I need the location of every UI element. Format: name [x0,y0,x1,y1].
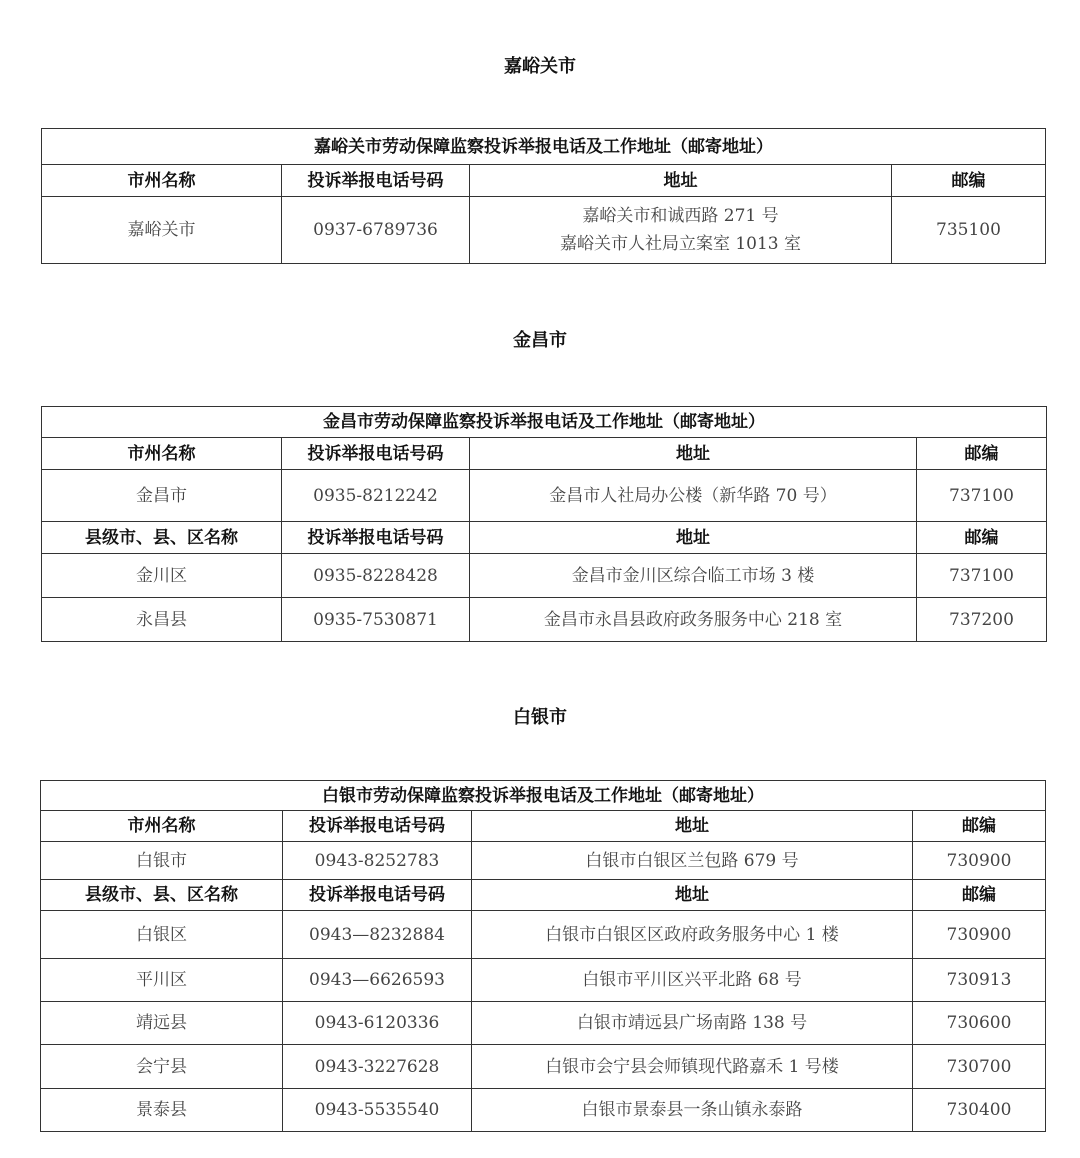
header-row: 市州名称 投诉举报电话号码 地址 邮编 [42,438,1047,470]
cell-postcode: 730400 [913,1089,1046,1132]
col-header-postcode: 邮编 [913,811,1046,842]
header-row: 市州名称 投诉举报电话号码 地址 邮编 [42,165,1046,197]
col-header-phone: 投诉举报电话号码 [282,438,470,470]
table-title: 白银市劳动保障监察投诉举报电话及工作地址（邮寄地址） [41,781,1046,811]
address-line-2: 嘉峪关市人社局立案室 1013 室 [470,230,891,258]
col-header-county-name: 县级市、县、区名称 [42,522,282,554]
col-header-county-name: 县级市、县、区名称 [41,880,283,911]
col-header-name: 市州名称 [41,811,283,842]
cell-postcode: 737200 [917,598,1047,642]
table-row: 白银区 0943—8232884 白银市白银区区政府政务服务中心 1 楼 730… [41,911,1046,959]
cell-postcode: 737100 [917,554,1047,598]
table-baiyin: 白银市劳动保障监察投诉举报电话及工作地址（邮寄地址） 市州名称 投诉举报电话号码… [40,780,1046,1132]
cell-phone: 0935-8228428 [282,554,470,598]
cell-phone: 0943—8232884 [283,911,472,959]
cell-phone: 0935-7530871 [282,598,470,642]
col-header-phone: 投诉举报电话号码 [282,522,470,554]
cell-name: 金川区 [42,554,282,598]
col-header-phone: 投诉举报电话号码 [283,811,472,842]
cell-name: 平川区 [41,959,283,1002]
county-header-row: 县级市、县、区名称 投诉举报电话号码 地址 邮编 [41,880,1046,911]
cell-address: 金昌市人社局办公楼（新华路 70 号） [470,470,917,522]
cell-postcode: 730900 [913,842,1046,880]
cell-name: 永昌县 [42,598,282,642]
cell-phone: 0943-6120336 [283,1002,472,1045]
col-header-name: 市州名称 [42,165,282,197]
col-header-postcode: 邮编 [917,522,1047,554]
cell-name: 嘉峪关市 [42,197,282,264]
cell-address: 白银市白银区区政府政务服务中心 1 楼 [472,911,913,959]
table-row: 白银市 0943-8252783 白银市白银区兰包路 679 号 730900 [41,842,1046,880]
county-header-row: 县级市、县、区名称 投诉举报电话号码 地址 邮编 [42,522,1047,554]
cell-phone: 0943-5535540 [283,1089,472,1132]
table-row: 嘉峪关市 0937-6789736 嘉峪关市和诚西路 271 号 嘉峪关市人社局… [42,197,1046,264]
cell-address: 金昌市永昌县政府政务服务中心 218 室 [470,598,917,642]
col-header-address: 地址 [470,438,917,470]
col-header-phone: 投诉举报电话号码 [283,880,472,911]
table-row: 景泰县 0943-5535540 白银市景泰县一条山镇永泰路 730400 [41,1089,1046,1132]
cell-address: 金昌市金川区综合临工市场 3 楼 [470,554,917,598]
cell-name: 白银区 [41,911,283,959]
cell-phone: 0937-6789736 [282,197,470,264]
cell-postcode: 730700 [913,1045,1046,1089]
col-header-address: 地址 [472,880,913,911]
cell-name: 会宁县 [41,1045,283,1089]
cell-phone: 0943—6626593 [283,959,472,1002]
header-row: 市州名称 投诉举报电话号码 地址 邮编 [41,811,1046,842]
col-header-phone: 投诉举报电话号码 [282,165,470,197]
col-header-address: 地址 [470,522,917,554]
table-row: 平川区 0943—6626593 白银市平川区兴平北路 68 号 730913 [41,959,1046,1002]
table-row: 靖远县 0943-6120336 白银市靖远县广场南路 138 号 730600 [41,1002,1046,1045]
cell-name: 景泰县 [41,1089,283,1132]
table-row: 会宁县 0943-3227628 白银市会宁县会师镇现代路嘉禾 1 号楼 730… [41,1045,1046,1089]
col-header-postcode: 邮编 [917,438,1047,470]
table-jiayuguan: 嘉峪关市劳动保障监察投诉举报电话及工作地址（邮寄地址） 市州名称 投诉举报电话号… [41,128,1046,264]
cell-postcode: 730600 [913,1002,1046,1045]
table-title: 金昌市劳动保障监察投诉举报电话及工作地址（邮寄地址） [42,407,1047,438]
cell-name: 靖远县 [41,1002,283,1045]
cell-postcode: 737100 [917,470,1047,522]
col-header-address: 地址 [472,811,913,842]
cell-postcode: 735100 [892,197,1046,264]
cell-address: 白银市景泰县一条山镇永泰路 [472,1089,913,1132]
section-heading-jinchang: 金昌市 [0,326,1080,352]
table-row: 永昌县 0935-7530871 金昌市永昌县政府政务服务中心 218 室 73… [42,598,1047,642]
table-row: 金昌市 0935-8212242 金昌市人社局办公楼（新华路 70 号） 737… [42,470,1047,522]
address-line-1: 嘉峪关市和诚西路 271 号 [470,202,891,230]
cell-address: 白银市靖远县广场南路 138 号 [472,1002,913,1045]
section-heading-jiayuguan: 嘉峪关市 [0,52,1080,78]
cell-phone: 0943-3227628 [283,1045,472,1089]
table-title: 嘉峪关市劳动保障监察投诉举报电话及工作地址（邮寄地址） [42,129,1046,165]
cell-name: 金昌市 [42,470,282,522]
table-row: 金川区 0935-8228428 金昌市金川区综合临工市场 3 楼 737100 [42,554,1047,598]
col-header-postcode: 邮编 [913,880,1046,911]
col-header-postcode: 邮编 [892,165,1046,197]
table-jinchang: 金昌市劳动保障监察投诉举报电话及工作地址（邮寄地址） 市州名称 投诉举报电话号码… [41,406,1047,642]
cell-address: 白银市白银区兰包路 679 号 [472,842,913,880]
col-header-name: 市州名称 [42,438,282,470]
col-header-address: 地址 [470,165,892,197]
section-heading-baiyin: 白银市 [0,703,1080,729]
cell-name: 白银市 [41,842,283,880]
cell-address: 白银市会宁县会师镇现代路嘉禾 1 号楼 [472,1045,913,1089]
cell-address: 嘉峪关市和诚西路 271 号 嘉峪关市人社局立案室 1013 室 [470,197,892,264]
cell-phone: 0935-8212242 [282,470,470,522]
cell-phone: 0943-8252783 [283,842,472,880]
cell-address: 白银市平川区兴平北路 68 号 [472,959,913,1002]
cell-postcode: 730900 [913,911,1046,959]
cell-postcode: 730913 [913,959,1046,1002]
